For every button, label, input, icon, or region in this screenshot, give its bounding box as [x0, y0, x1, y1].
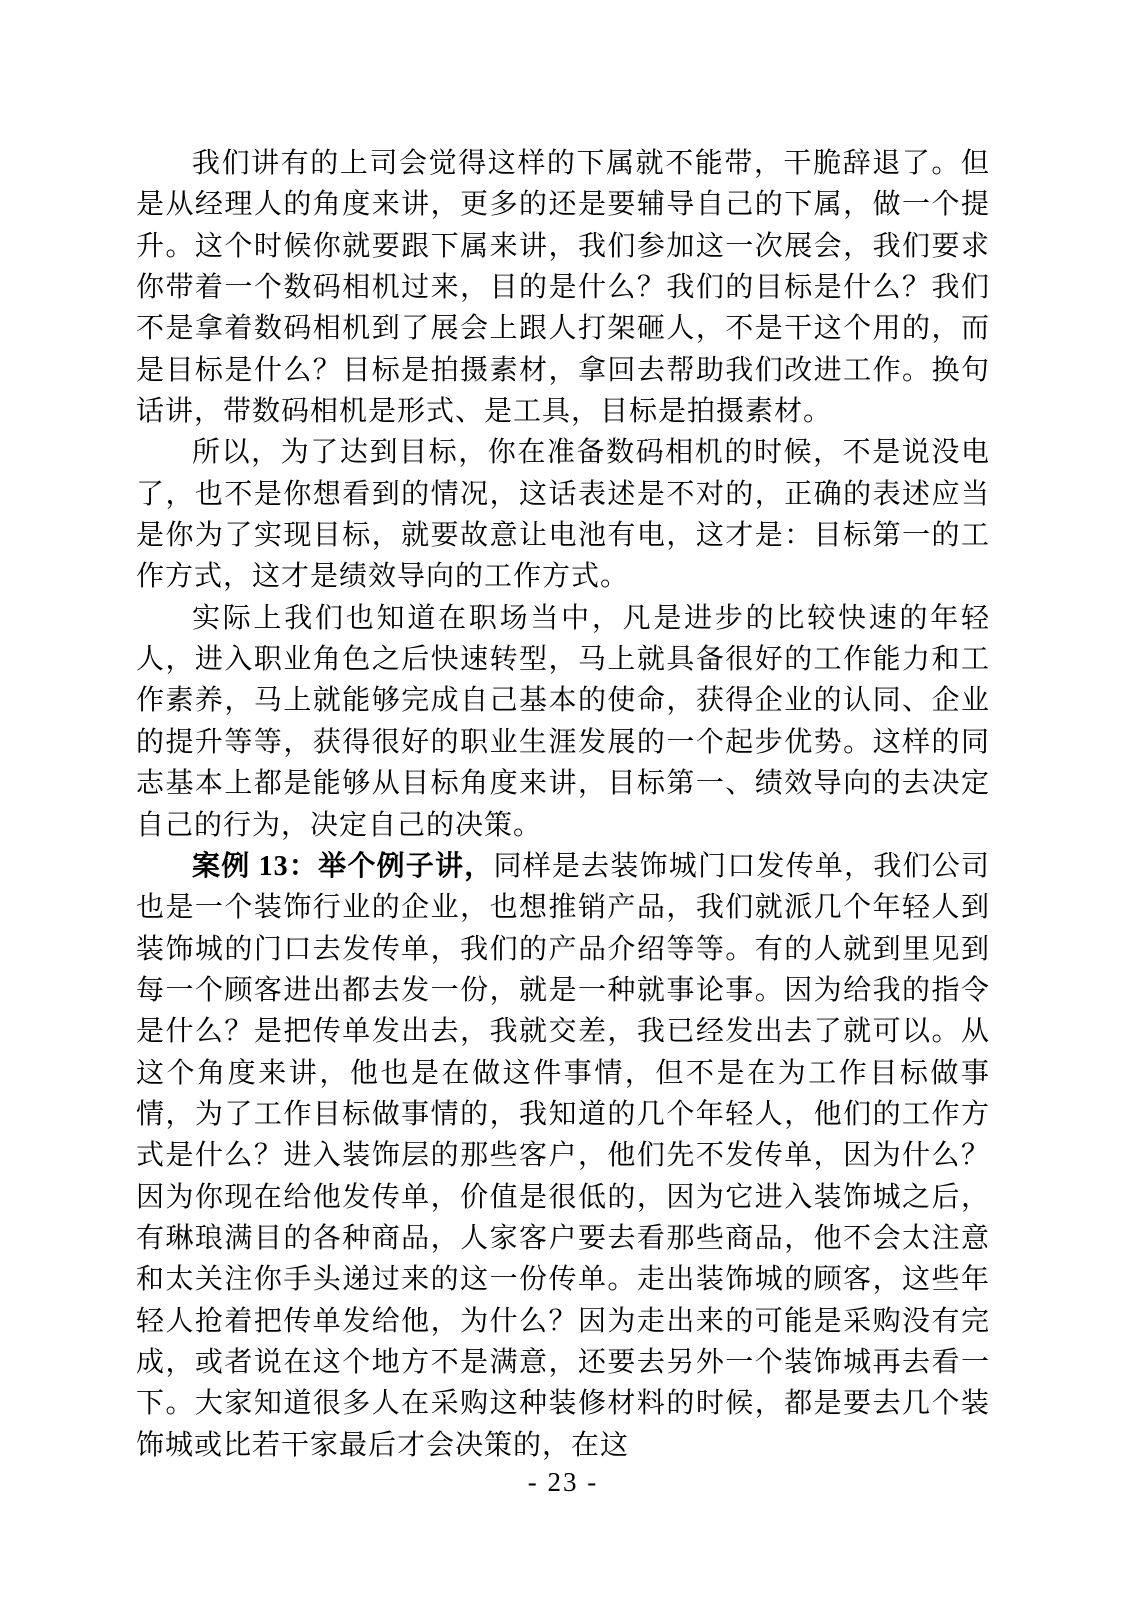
case-13-text: 同样是去装饰城门口发传单，我们公司也是一个装饰行业的企业，也想推销产品，我们就派… [136, 851, 990, 1461]
paragraph-2: 所以，为了达到目标，你在准备数码相机的时候，不是说没电了，也不是你想看到的情况，… [136, 432, 990, 597]
paragraph-4-case-13: 案例 13：举个例子讲，同样是去装饰城门口发传单，我们公司也是一个装饰行业的企业… [136, 846, 990, 1466]
page-number: - 23 - [136, 1466, 990, 1498]
paragraph-3: 实际上我们也知道在职场当中，凡是进步的比较快速的年轻人，进入职业角色之后快速转型… [136, 598, 990, 846]
document-page: 我们讲有的上司会觉得这样的下属就不能带，干脆辞退了。但是从经理人的角度来讲，更多… [0, 0, 1131, 1600]
paragraph-1: 我们讲有的上司会觉得这样的下属就不能带，干脆辞退了。但是从经理人的角度来讲，更多… [136, 143, 990, 432]
text-block: 我们讲有的上司会觉得这样的下属就不能带，干脆辞退了。但是从经理人的角度来讲，更多… [136, 143, 990, 1466]
case-13-label: 案例 13：举个例子讲， [192, 851, 493, 882]
